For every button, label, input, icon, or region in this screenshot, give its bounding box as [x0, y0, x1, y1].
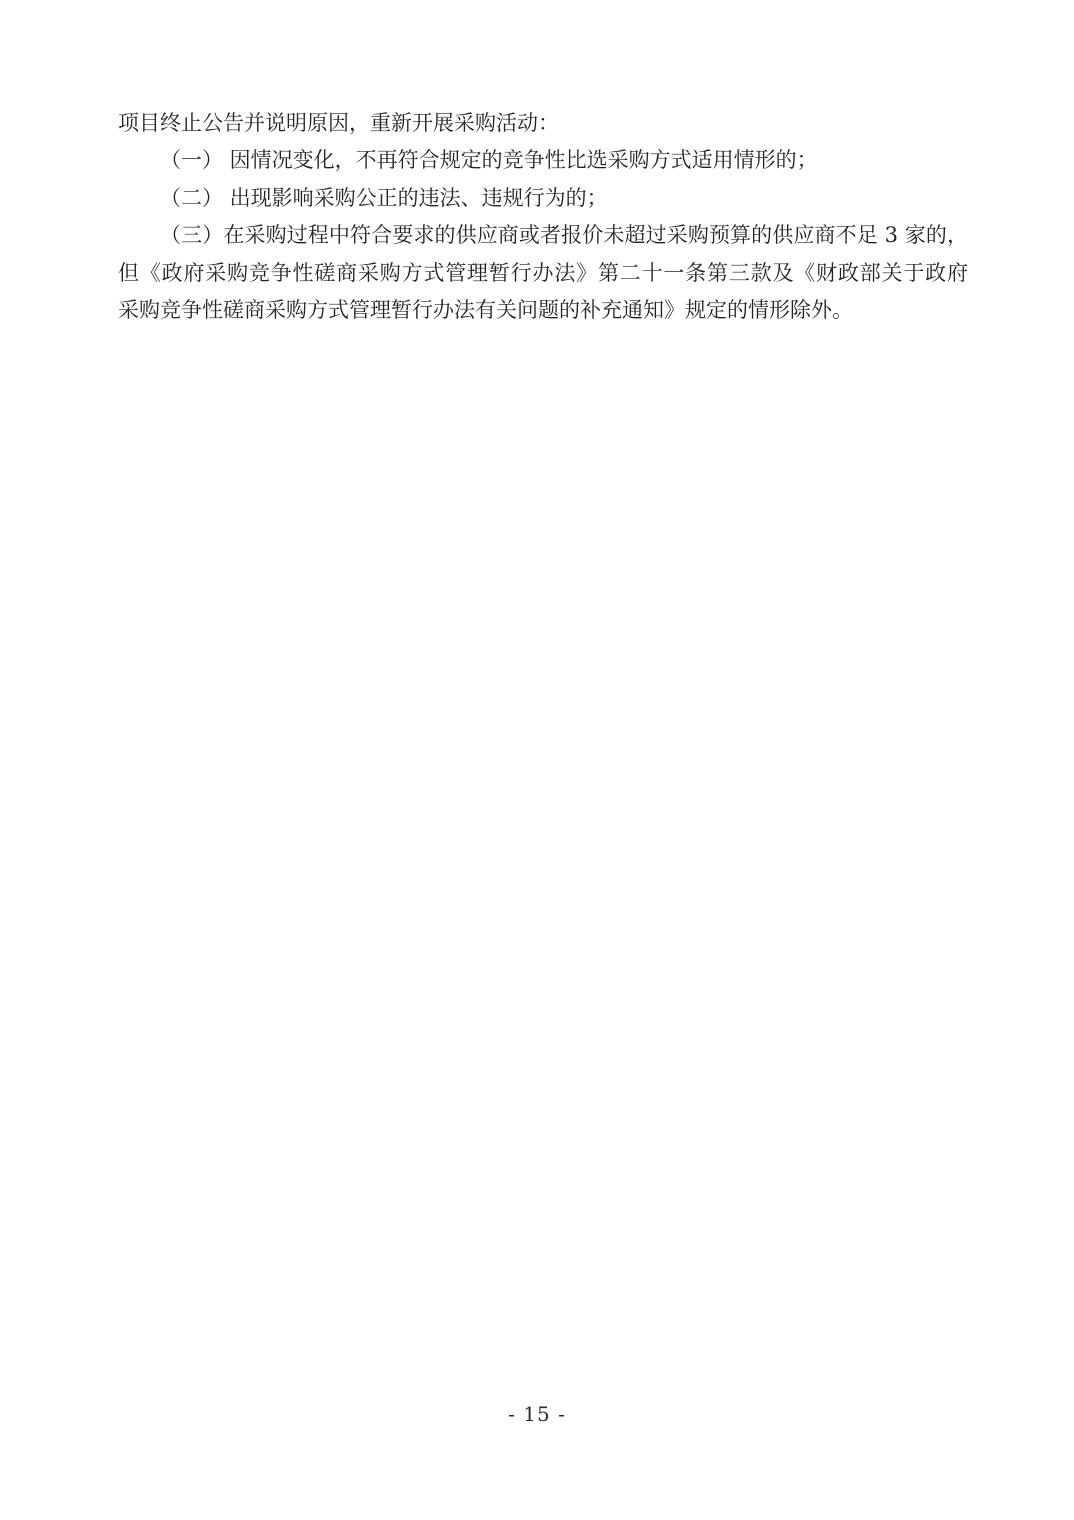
body-text-line-item-3: （三）在采购过程中符合要求的供应商或者报价未超过采购预算的供应商不足 3 家的，: [118, 217, 968, 254]
body-text-line: 项目终止公告并说明原因，重新开展采购活动：: [118, 105, 968, 142]
document-page: 项目终止公告并说明原因，重新开展采购活动： （一） 因情况变化，不再符合规定的竞…: [0, 0, 1074, 1520]
body-text-line: 采购竞争性磋商采购方式管理暂行办法有关问题的补充通知》规定的情形除外。: [118, 292, 968, 329]
body-text-line-item-2: （二） 出现影响采购公正的违法、违规行为的；: [118, 180, 968, 217]
document-body: 项目终止公告并说明原因，重新开展采购活动： （一） 因情况变化，不再符合规定的竞…: [118, 105, 968, 329]
body-text-line-item-1: （一） 因情况变化，不再符合规定的竞争性比选采购方式适用情形的；: [118, 142, 968, 179]
page-number: - 15 -: [508, 1402, 566, 1426]
page-footer: - 15 -: [0, 1402, 1074, 1426]
body-text-line: 但《政府采购竞争性磋商采购方式管理暂行办法》第二十一条第三款及《财政部关于政府: [118, 255, 968, 292]
